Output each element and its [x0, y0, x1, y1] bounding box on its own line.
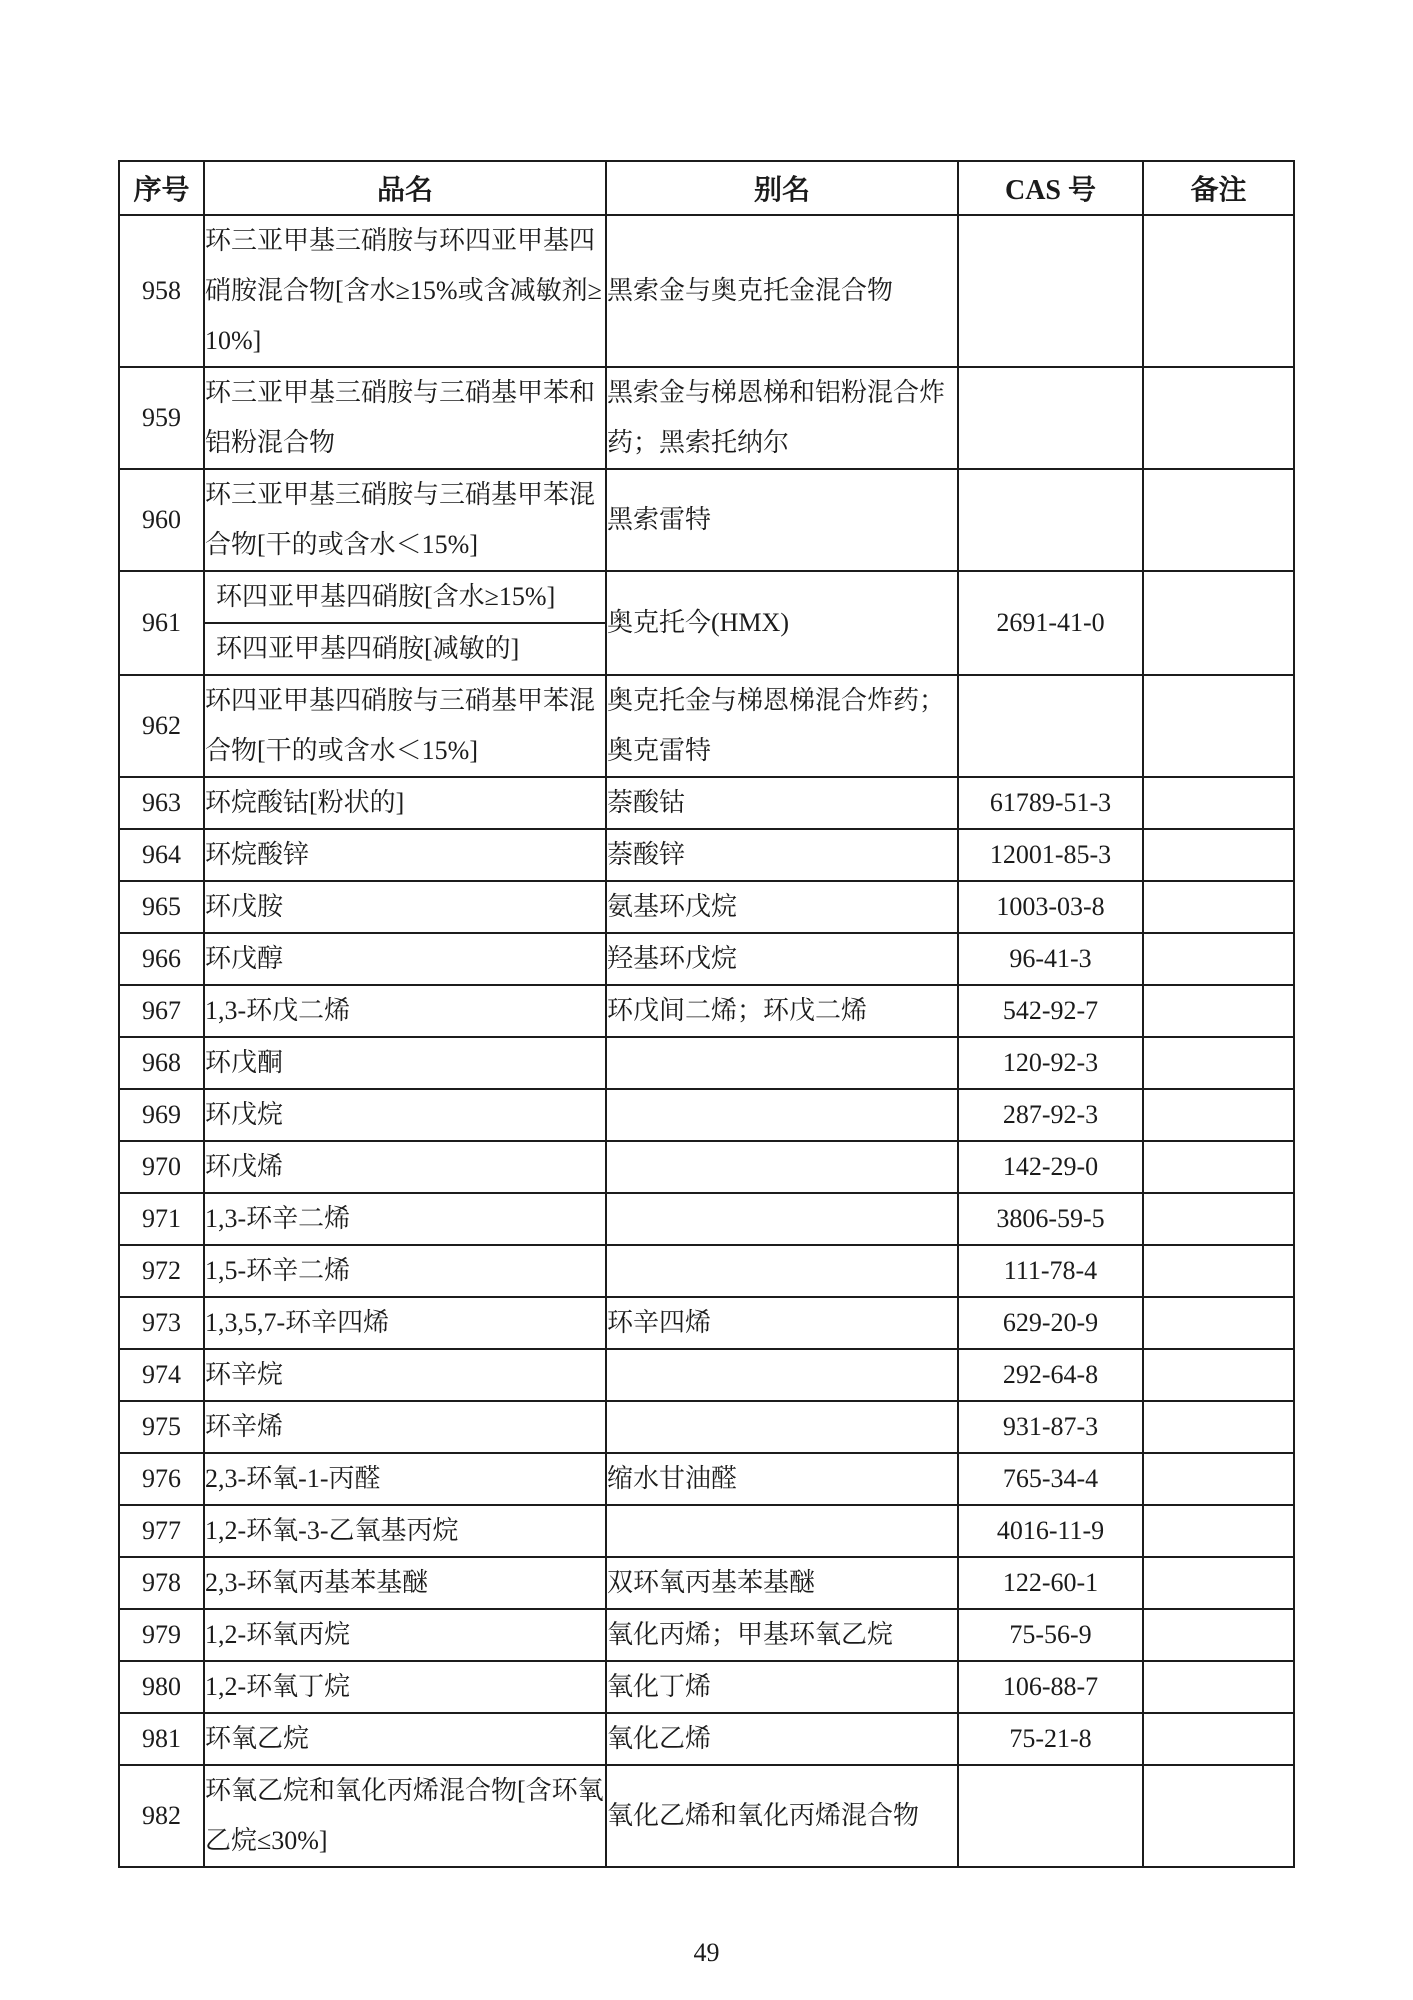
cell-cas: 96-41-3 — [958, 933, 1143, 985]
cell-cas: 3806-59-5 — [958, 1193, 1143, 1245]
cell-alias: 环辛四烯 — [606, 1297, 958, 1349]
cell-serial: 980 — [119, 1661, 204, 1713]
cell-alias: 黑索雷特 — [606, 469, 958, 571]
cell-note — [1143, 1661, 1294, 1713]
cell-cas — [958, 469, 1143, 571]
cell-alias: 氧化丙烯；甲基环氧乙烷 — [606, 1609, 958, 1661]
cell-name: 1,2-环氧丁烷 — [204, 1661, 606, 1713]
cell-note — [1143, 1765, 1294, 1867]
cell-alias: 黑索金与梯恩梯和铝粉混合炸药；黑索托纳尔 — [606, 367, 958, 469]
cell-note — [1143, 777, 1294, 829]
cell-note — [1143, 1557, 1294, 1609]
cell-alias: 氧化丁烯 — [606, 1661, 958, 1713]
cell-name: 环烷酸钴[粉状的] — [204, 777, 606, 829]
cell-serial: 981 — [119, 1713, 204, 1765]
cell-serial: 976 — [119, 1453, 204, 1505]
column-header: CAS 号 — [958, 161, 1143, 215]
cell-name: 环三亚甲基三硝胺与三硝基甲苯混合物[干的或含水＜15%] — [204, 469, 606, 571]
cell-serial: 965 — [119, 881, 204, 933]
table-row: 974环辛烷292-64-8 — [119, 1349, 1294, 1401]
cell-cas: 111-78-4 — [958, 1245, 1143, 1297]
table-row: 970环戊烯142-29-0 — [119, 1141, 1294, 1193]
cell-serial: 963 — [119, 777, 204, 829]
cell-note — [1143, 367, 1294, 469]
cell-note — [1143, 1141, 1294, 1193]
cell-alias: 奥克托今(HMX) — [606, 571, 958, 675]
cell-alias: 萘酸锌 — [606, 829, 958, 881]
cell-cas: 1003-03-8 — [958, 881, 1143, 933]
cell-cas — [958, 215, 1143, 367]
table-row: 981环氧乙烷氧化乙烯75-21-8 — [119, 1713, 1294, 1765]
cell-note — [1143, 1713, 1294, 1765]
cell-note — [1143, 215, 1294, 367]
cell-cas: 4016-11-9 — [958, 1505, 1143, 1557]
chemicals-table: 序号品名别名CAS 号备注 958环三亚甲基三硝胺与环四亚甲基四硝胺混合物[含水… — [118, 160, 1295, 1868]
cell-alias — [606, 1037, 958, 1089]
table-row: 975环辛烯931-87-3 — [119, 1401, 1294, 1453]
cell-serial: 982 — [119, 1765, 204, 1867]
cell-name: 1,3-环戊二烯 — [204, 985, 606, 1037]
table-row: 9671,3-环戊二烯环戊间二烯；环戊二烯542-92-7 — [119, 985, 1294, 1037]
cell-note — [1143, 933, 1294, 985]
column-header: 品名 — [204, 161, 606, 215]
cell-serial: 977 — [119, 1505, 204, 1557]
cell-note — [1143, 985, 1294, 1037]
cell-cas: 122-60-1 — [958, 1557, 1143, 1609]
table-body: 958环三亚甲基三硝胺与环四亚甲基四硝胺混合物[含水≥15%或含减敏剂≥10%]… — [119, 215, 1294, 1867]
cell-serial: 972 — [119, 1245, 204, 1297]
table-row: 960环三亚甲基三硝胺与三硝基甲苯混合物[干的或含水＜15%]黑索雷特 — [119, 469, 1294, 571]
cell-note — [1143, 1245, 1294, 1297]
cell-note — [1143, 881, 1294, 933]
cell-name: 环氧乙烷和氧化丙烯混合物[含环氧乙烷≤30%] — [204, 1765, 606, 1867]
cell-name: 环戊酮 — [204, 1037, 606, 1089]
cell-name: 环辛烷 — [204, 1349, 606, 1401]
cell-serial: 978 — [119, 1557, 204, 1609]
cell-serial: 969 — [119, 1089, 204, 1141]
table-row: 9762,3-环氧-1-丙醛缩水甘油醛765-34-4 — [119, 1453, 1294, 1505]
cell-serial: 966 — [119, 933, 204, 985]
cell-note — [1143, 1505, 1294, 1557]
cell-serial: 971 — [119, 1193, 204, 1245]
cell-cas: 142-29-0 — [958, 1141, 1143, 1193]
cell-cas: 542-92-7 — [958, 985, 1143, 1037]
table-row: 961环四亚甲基四硝胺[含水≥15%]环四亚甲基四硝胺[减敏的]奥克托今(HMX… — [119, 571, 1294, 675]
cell-cas: 629-20-9 — [958, 1297, 1143, 1349]
cell-note — [1143, 571, 1294, 675]
cell-name: 环三亚甲基三硝胺与三硝基甲苯和铝粉混合物 — [204, 367, 606, 469]
cell-name: 环四亚甲基四硝胺与三硝基甲苯混合物[干的或含水＜15%] — [204, 675, 606, 777]
table-row: 982环氧乙烷和氧化丙烯混合物[含环氧乙烷≤30%]氧化乙烯和氧化丙烯混合物 — [119, 1765, 1294, 1867]
table-row: 958环三亚甲基三硝胺与环四亚甲基四硝胺混合物[含水≥15%或含减敏剂≥10%]… — [119, 215, 1294, 367]
cell-serial: 974 — [119, 1349, 204, 1401]
table-row: 964环烷酸锌萘酸锌12001-85-3 — [119, 829, 1294, 881]
cell-serial: 975 — [119, 1401, 204, 1453]
cell-name: 环戊烯 — [204, 1141, 606, 1193]
cell-note — [1143, 1401, 1294, 1453]
table-row: 9791,2-环氧丙烷氧化丙烯；甲基环氧乙烷75-56-9 — [119, 1609, 1294, 1661]
cell-name: 环戊胺 — [204, 881, 606, 933]
cell-alias — [606, 1349, 958, 1401]
cell-name: 1,2-环氧丙烷 — [204, 1609, 606, 1661]
table-row: 963环烷酸钴[粉状的]萘酸钴61789-51-3 — [119, 777, 1294, 829]
cell-name: 环烷酸锌 — [204, 829, 606, 881]
table-row: 9721,5-环辛二烯111-78-4 — [119, 1245, 1294, 1297]
cell-name-part: 环四亚甲基四硝胺[减敏的] — [205, 622, 605, 674]
cell-name: 1,3,5,7-环辛四烯 — [204, 1297, 606, 1349]
cell-name: 环氧乙烷 — [204, 1713, 606, 1765]
cell-name: 环戊烷 — [204, 1089, 606, 1141]
cell-serial: 962 — [119, 675, 204, 777]
table-row: 959环三亚甲基三硝胺与三硝基甲苯和铝粉混合物黑索金与梯恩梯和铝粉混合炸药；黑索… — [119, 367, 1294, 469]
cell-note — [1143, 675, 1294, 777]
cell-cas — [958, 367, 1143, 469]
cell-cas: 2691-41-0 — [958, 571, 1143, 675]
cell-cas: 931-87-3 — [958, 1401, 1143, 1453]
cell-alias: 氧化乙烯和氧化丙烯混合物 — [606, 1765, 958, 1867]
cell-note — [1143, 829, 1294, 881]
cell-name: 1,3-环辛二烯 — [204, 1193, 606, 1245]
table-row: 9731,3,5,7-环辛四烯环辛四烯629-20-9 — [119, 1297, 1294, 1349]
cell-name: 环四亚甲基四硝胺[含水≥15%]环四亚甲基四硝胺[减敏的] — [204, 571, 606, 675]
cell-serial: 968 — [119, 1037, 204, 1089]
cell-note — [1143, 1609, 1294, 1661]
cell-alias — [606, 1401, 958, 1453]
cell-cas: 61789-51-3 — [958, 777, 1143, 829]
table-row: 9711,3-环辛二烯3806-59-5 — [119, 1193, 1294, 1245]
cell-serial: 964 — [119, 829, 204, 881]
cell-alias — [606, 1505, 958, 1557]
cell-name: 2,3-环氧-1-丙醛 — [204, 1453, 606, 1505]
cell-name: 环三亚甲基三硝胺与环四亚甲基四硝胺混合物[含水≥15%或含减敏剂≥10%] — [204, 215, 606, 367]
table-header-row: 序号品名别名CAS 号备注 — [119, 161, 1294, 215]
table-row: 9771,2-环氧-3-乙氧基丙烷4016-11-9 — [119, 1505, 1294, 1557]
page-number: 49 — [0, 1938, 1413, 1968]
cell-alias — [606, 1245, 958, 1297]
cell-alias — [606, 1141, 958, 1193]
cell-alias: 萘酸钴 — [606, 777, 958, 829]
cell-alias: 环戊间二烯；环戊二烯 — [606, 985, 958, 1037]
cell-alias: 奥克托金与梯恩梯混合炸药；奥克雷特 — [606, 675, 958, 777]
cell-cas: 106-88-7 — [958, 1661, 1143, 1713]
document-page: 序号品名别名CAS 号备注 958环三亚甲基三硝胺与环四亚甲基四硝胺混合物[含水… — [0, 0, 1413, 2000]
cell-alias: 氨基环戊烷 — [606, 881, 958, 933]
cell-serial: 958 — [119, 215, 204, 367]
cell-serial: 973 — [119, 1297, 204, 1349]
cell-note — [1143, 1349, 1294, 1401]
cell-alias: 氧化乙烯 — [606, 1713, 958, 1765]
cell-note — [1143, 1297, 1294, 1349]
cell-serial: 960 — [119, 469, 204, 571]
table-row: 968环戊酮120-92-3 — [119, 1037, 1294, 1089]
cell-alias: 缩水甘油醛 — [606, 1453, 958, 1505]
cell-serial: 961 — [119, 571, 204, 675]
cell-cas: 75-21-8 — [958, 1713, 1143, 1765]
table-row: 965环戊胺氨基环戊烷1003-03-8 — [119, 881, 1294, 933]
cell-name: 1,5-环辛二烯 — [204, 1245, 606, 1297]
cell-alias — [606, 1193, 958, 1245]
cell-note — [1143, 469, 1294, 571]
cell-serial: 979 — [119, 1609, 204, 1661]
cell-cas: 765-34-4 — [958, 1453, 1143, 1505]
cell-note — [1143, 1089, 1294, 1141]
cell-name: 环戊醇 — [204, 933, 606, 985]
cell-name: 环辛烯 — [204, 1401, 606, 1453]
cell-alias: 黑索金与奥克托金混合物 — [606, 215, 958, 367]
cell-cas: 12001-85-3 — [958, 829, 1143, 881]
cell-serial: 959 — [119, 367, 204, 469]
cell-serial: 970 — [119, 1141, 204, 1193]
table-row: 9782,3-环氧丙基苯基醚双环氧丙基苯基醚122-60-1 — [119, 1557, 1294, 1609]
cell-name-part: 环四亚甲基四硝胺[含水≥15%] — [205, 572, 605, 622]
table-row: 966环戊醇羟基环戊烷96-41-3 — [119, 933, 1294, 985]
cell-serial: 967 — [119, 985, 204, 1037]
cell-alias — [606, 1089, 958, 1141]
column-header: 别名 — [606, 161, 958, 215]
cell-cas — [958, 1765, 1143, 1867]
cell-cas: 292-64-8 — [958, 1349, 1143, 1401]
table-row: 969环戊烷287-92-3 — [119, 1089, 1294, 1141]
cell-cas: 75-56-9 — [958, 1609, 1143, 1661]
cell-alias: 双环氧丙基苯基醚 — [606, 1557, 958, 1609]
column-header: 备注 — [1143, 161, 1294, 215]
cell-alias: 羟基环戊烷 — [606, 933, 958, 985]
cell-name: 1,2-环氧-3-乙氧基丙烷 — [204, 1505, 606, 1557]
cell-cas — [958, 675, 1143, 777]
cell-note — [1143, 1193, 1294, 1245]
cell-cas: 120-92-3 — [958, 1037, 1143, 1089]
table-row: 962环四亚甲基四硝胺与三硝基甲苯混合物[干的或含水＜15%]奥克托金与梯恩梯混… — [119, 675, 1294, 777]
cell-cas: 287-92-3 — [958, 1089, 1143, 1141]
cell-note — [1143, 1037, 1294, 1089]
cell-note — [1143, 1453, 1294, 1505]
table-row: 9801,2-环氧丁烷氧化丁烯106-88-7 — [119, 1661, 1294, 1713]
cell-name: 2,3-环氧丙基苯基醚 — [204, 1557, 606, 1609]
column-header: 序号 — [119, 161, 204, 215]
